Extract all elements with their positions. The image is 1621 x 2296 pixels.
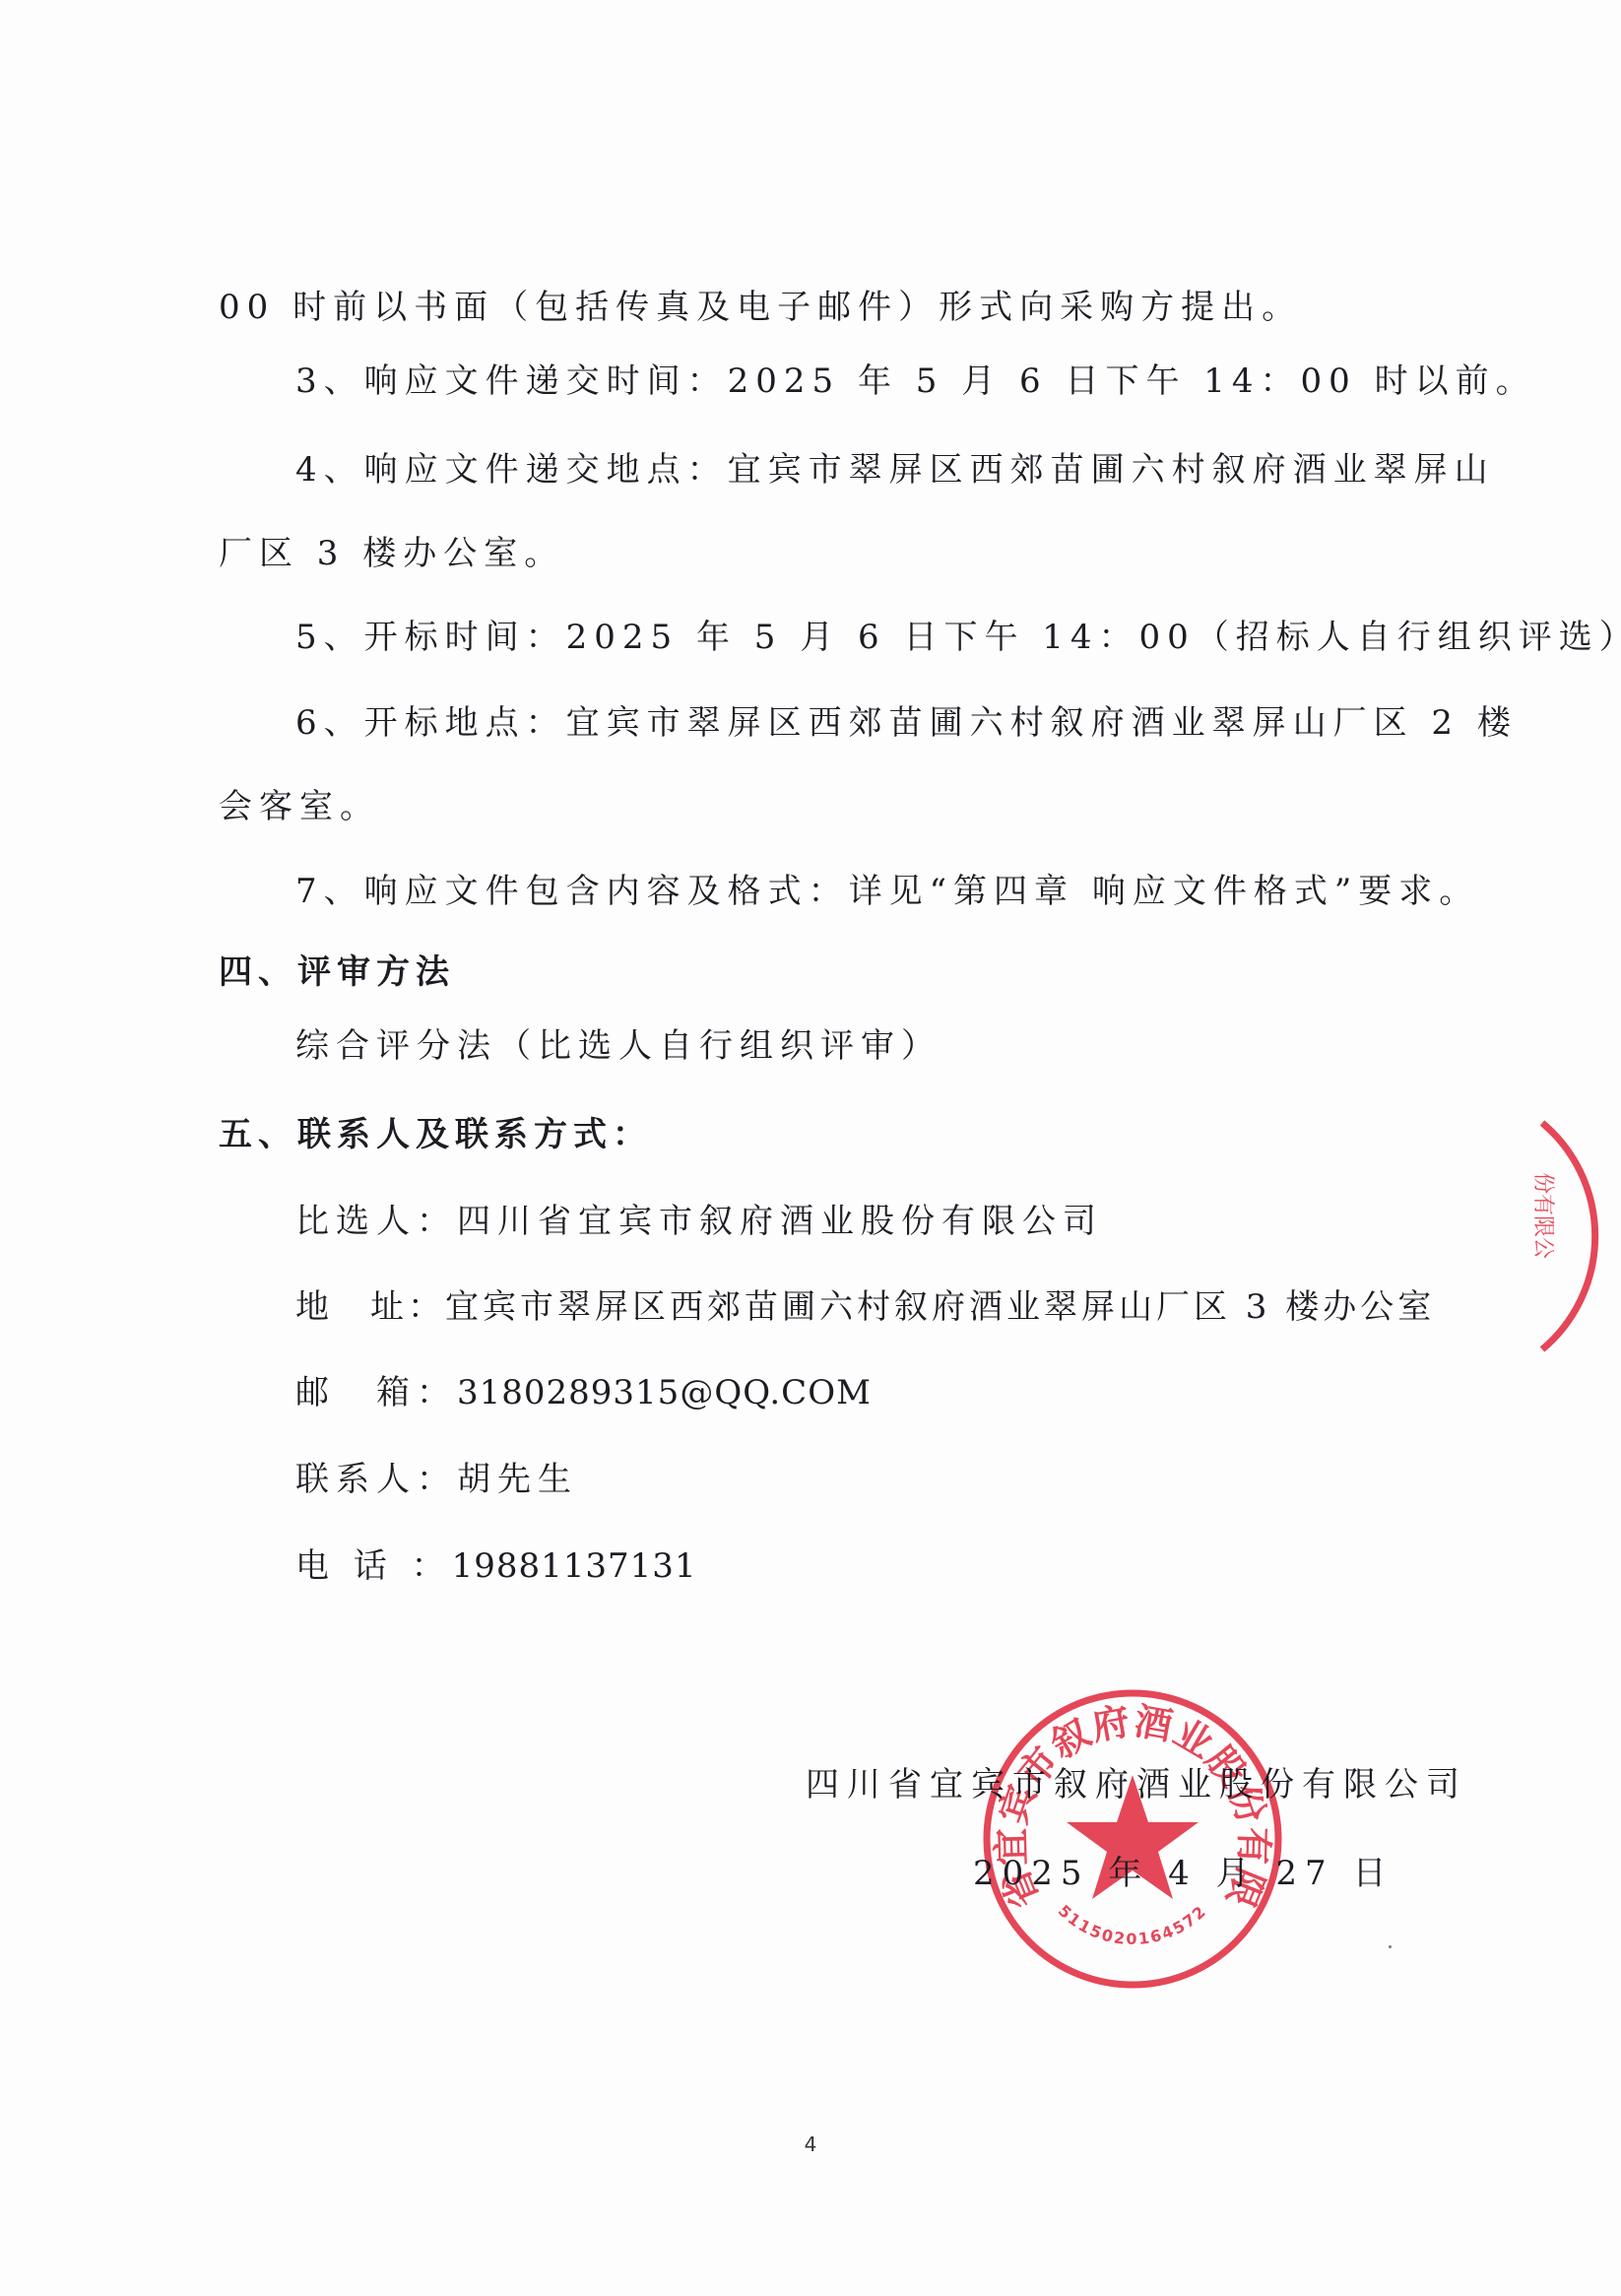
continuation-line: 00 时前以书面（包括传真及电子邮件）形式向采购方提出。 (219, 286, 1302, 329)
item-3-submission-time: 3、响应文件递交时间：2025 年 5 月 6 日下午 14：00 时以前。 (295, 360, 1536, 403)
contact-phone-value: 19881137131 (452, 1546, 697, 1586)
item-6-opening-location: 6、开标地点：宜宾市翠屏区西郊苗圃六村叙府酒业翠屏山厂区 2 楼 (295, 701, 1518, 745)
signature-date: 2025 年 4 月 27 日 (973, 1852, 1394, 1895)
contact-phone-label: 电 话 ： (295, 1546, 452, 1586)
contact-email-label: 邮 箱： (295, 1373, 457, 1412)
contact-bidder-label: 比选人： (295, 1202, 457, 1241)
seal-code: 5115020164572 (1055, 1901, 1210, 1948)
contact-address-value: 宜宾市翠屏区西郊苗圃六村叙府酒业翠屏山厂区 3 楼办公室 (445, 1287, 1435, 1327)
page-number: 4 (0, 2132, 1621, 2156)
item-4-submission-location: 4、响应文件递交地点：宜宾市翠屏区西郊苗圃六村叙府酒业翠屏山 (295, 448, 1495, 492)
edge-seal-stamp: 份有限公 (1524, 1113, 1621, 1359)
item-7-document-format: 7、响应文件包含内容及格式：详见“第四章 响应文件格式”要求。 (295, 870, 1479, 913)
edge-seal-text: 份有限公 (1530, 1172, 1555, 1259)
section-4-heading: 四、评审方法 (219, 951, 455, 994)
document-page: 00 时前以书面（包括传真及电子邮件）形式向采购方提出。 3、响应文件递交时间：… (0, 0, 1621, 2296)
item-6-opening-location-cont: 会客室。 (219, 785, 380, 828)
svg-text:5115020164572: 5115020164572 (1055, 1901, 1210, 1948)
contact-address-label: 地 址： (295, 1287, 445, 1327)
item-5-opening-time: 5、开标时间：2025 年 5 月 6 日下午 14：00（招标人自行组织评选）… (295, 616, 1621, 659)
contact-phone: 电 话 ：19881137131 (295, 1544, 697, 1588)
item-4-submission-location-cont: 厂区 3 楼办公室。 (219, 532, 564, 575)
contact-person: 联系人：胡先生 (295, 1458, 578, 1501)
official-seal-stamp: 四川省宜宾市叙府酒业股份有限公司 5115020164572 (980, 1686, 1285, 1992)
contact-person-label: 联系人： (295, 1460, 457, 1499)
contact-address: 地 址：宜宾市翠屏区西郊苗圃六村叙府酒业翠屏山厂区 3 楼办公室 (295, 1285, 1435, 1329)
section-5-heading: 五、联系人及联系方式： (219, 1113, 652, 1156)
signature-company: 四川省宜宾市叙府酒业股份有限公司 (806, 1763, 1467, 1806)
contact-email-value: 3180289315@QQ.COM (457, 1373, 872, 1412)
contact-email: 邮 箱：3180289315@QQ.COM (295, 1371, 872, 1414)
contact-bidder-value: 四川省宜宾市叙府酒业股份有限公司 (457, 1202, 1103, 1241)
contact-person-value: 胡先生 (457, 1460, 578, 1499)
scan-speck (1389, 1945, 1392, 1948)
section-4-body: 综合评分法（比选人自行组织评审） (295, 1024, 941, 1068)
contact-bidder: 比选人：四川省宜宾市叙府酒业股份有限公司 (295, 1200, 1103, 1243)
